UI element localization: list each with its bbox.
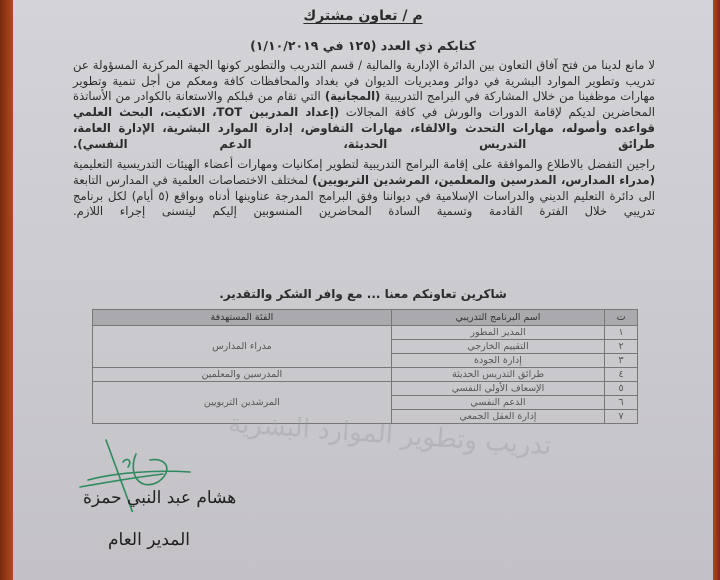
letter-reference: كتابكم ذي العدد (١٢٥ في ١/١٠/٢٠١٩) [13,38,713,53]
paragraph-approval: راجين التفضل بالاطلاع والموافقة على إقام… [73,157,655,220]
program-name: إدارة الجودة [391,354,604,368]
target-group: المدرسين والمعلمين [93,368,392,382]
row-number: ١ [605,326,638,340]
table-header-row: ت اسم البرنامج التدريبي الفئة المستهدفة [93,310,638,326]
header-program: اسم البرنامج التدريبي [391,310,604,326]
table-row: ٤ طرائق التدريس الحديثة المدرسين والمعلم… [93,368,638,382]
desk-surface-left [0,0,13,580]
header-number: ت [605,310,638,326]
signer-name: هشام عبد النبي حمزة [83,488,236,508]
row-number: ٧ [605,410,638,424]
desk-surface-right [713,0,720,580]
program-name: التقييم الخارجي [391,340,604,354]
letter-body: لا مانع لدينا من فتح آفاق التعاون بين ال… [73,58,655,220]
program-name: الإسعاف الأولي النفسي [391,382,604,396]
signer-title: المدير العام [108,530,190,550]
closing-thanks: شاكرين تعاونكم معنا ... مع وافر الشكر وا… [13,287,713,301]
letter-subject: م / تعاون مشترك [13,8,713,24]
row-number: ٢ [605,340,638,354]
target-group: مدراء المدارس [93,326,392,368]
row-number: ٤ [605,368,638,382]
table-row: ٥ الإسعاف الأولي النفسي المرشدين التربوي… [93,382,638,396]
letter-page: م / تعاون مشترك كتابكم ذي العدد (١٢٥ في … [13,0,713,580]
program-name: المدير المطور [391,326,604,340]
program-name: طرائق التدريس الحديثة [391,368,604,382]
row-number: ٦ [605,396,638,410]
paragraph-request: لا مانع لدينا من فتح آفاق التعاون بين ال… [73,58,655,152]
training-programs-table: ت اسم البرنامج التدريبي الفئة المستهدفة … [92,309,638,424]
header-target-group: الفئة المستهدفة [93,310,392,326]
table-row: ١ المدير المطور مدراء المدارس [93,326,638,340]
row-number: ٣ [605,354,638,368]
row-number: ٥ [605,382,638,396]
program-name: الدعم النفسي [391,396,604,410]
